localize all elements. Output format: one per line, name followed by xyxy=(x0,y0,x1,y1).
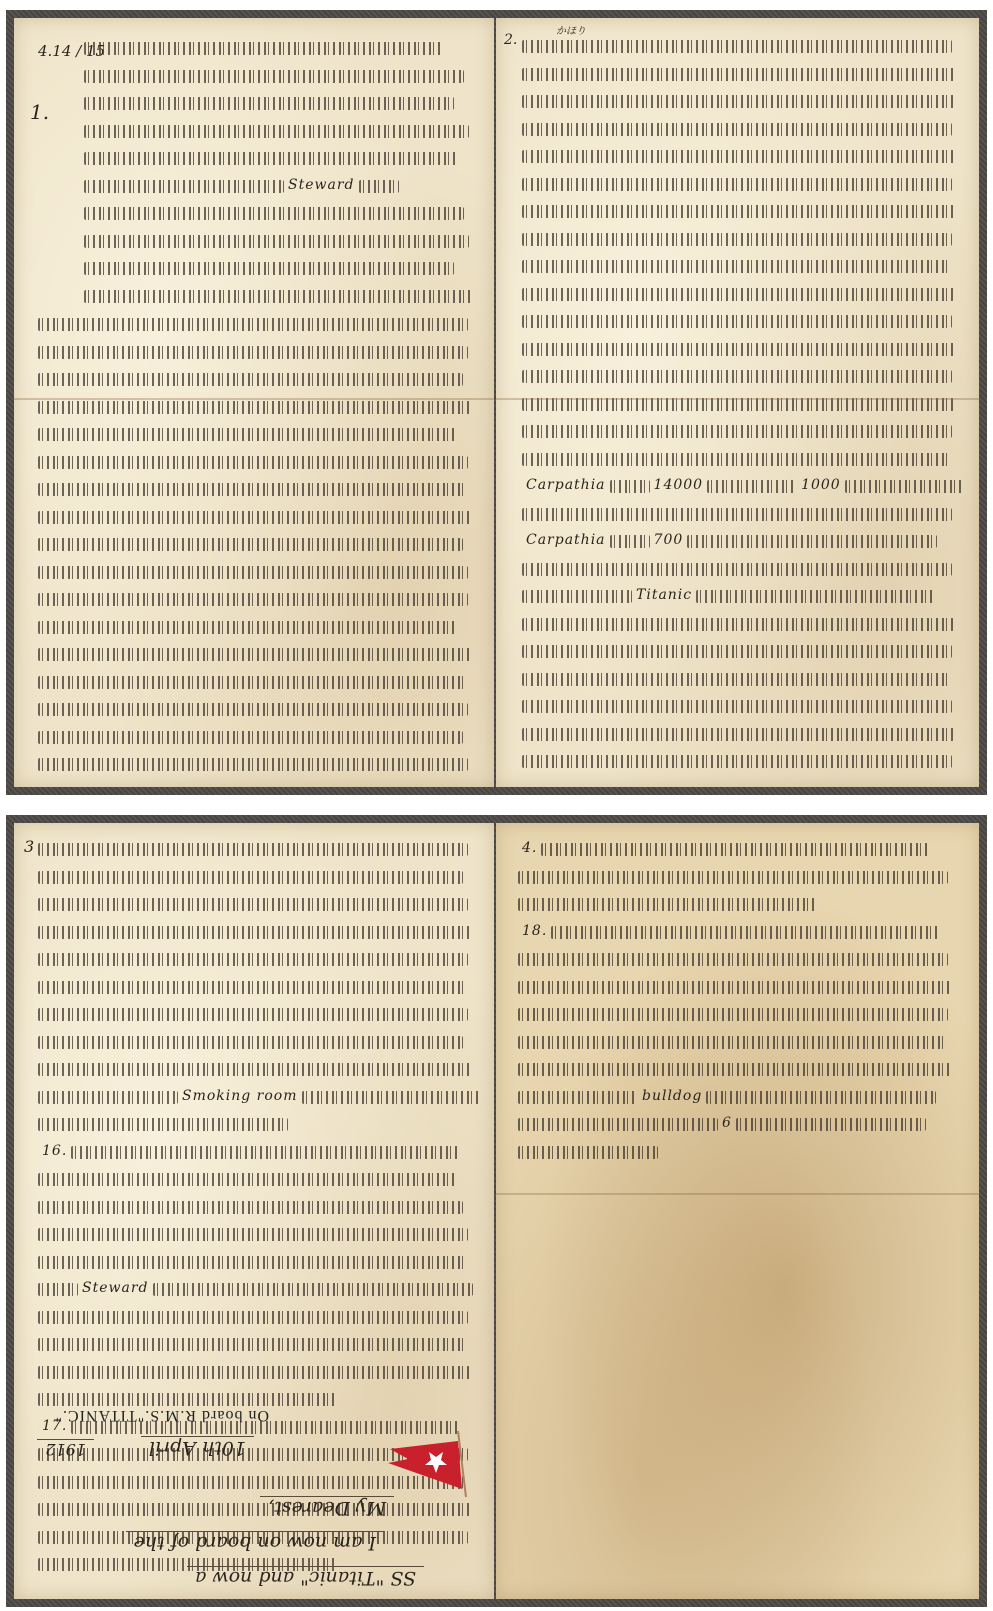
word-titanic: Titanic xyxy=(636,587,692,603)
subsection-4: 4. xyxy=(522,840,537,856)
section-number: 1. xyxy=(30,100,49,124)
letterhead-print: On board R.M.S."TITANIC." xyxy=(54,1406,269,1424)
subsection-18: 18. xyxy=(522,923,547,939)
word-bulldog: bulldog xyxy=(642,1088,702,1104)
fold-line xyxy=(496,1193,979,1195)
page-top-right: 2. かほり Carpathia140001000 Carpathia700 T… xyxy=(496,18,979,787)
page-bottom-right: 4. 18. bulldog 6 xyxy=(496,823,979,1599)
salutation: My Dearest, xyxy=(260,1496,394,1519)
titanic-letterhead: SS "Titanic" and now a I am now on board… xyxy=(14,1329,494,1599)
subsection-16: 16. xyxy=(42,1143,67,1159)
section-number: 2. xyxy=(504,32,517,48)
fold-line xyxy=(496,398,979,400)
word-steward: Steward xyxy=(82,1280,149,1296)
handwritten-text-block: Carpathia140001000 Carpathia700 Titanic xyxy=(522,32,965,775)
handwritten-text-block: 4. 18. bulldog 6 xyxy=(518,835,965,1165)
word-carpathia: Carpathia xyxy=(526,532,606,548)
handwritten-text-block: Steward xyxy=(84,34,480,309)
page-top-left: 4.14 / 15 1. Steward xyxy=(14,18,494,787)
handwritten-year: 1912 xyxy=(37,1439,94,1459)
page-bottom-left: 3 Smoking room 16. Steward 17. xyxy=(14,823,494,1599)
fold-line xyxy=(14,398,494,400)
top-sheet: 4.14 / 15 1. Steward xyxy=(6,10,987,795)
handwritten-date: 10th April xyxy=(141,1436,254,1459)
bottom-sheet: 3 Smoking room 16. Steward 17. xyxy=(6,815,987,1607)
word-steward: Steward xyxy=(288,177,355,193)
handwritten-text-block-continued xyxy=(38,310,480,778)
word-smoking-room: Smoking room xyxy=(182,1088,298,1104)
handwritten-body-line: I am now on board of the xyxy=(126,1531,384,1554)
section-number: 3 xyxy=(24,837,34,856)
word-carpathia: Carpathia xyxy=(526,477,606,493)
handwritten-salutation-line: SS "Titanic" and now a xyxy=(187,1566,424,1589)
white-star-flag-icon xyxy=(384,1429,474,1499)
